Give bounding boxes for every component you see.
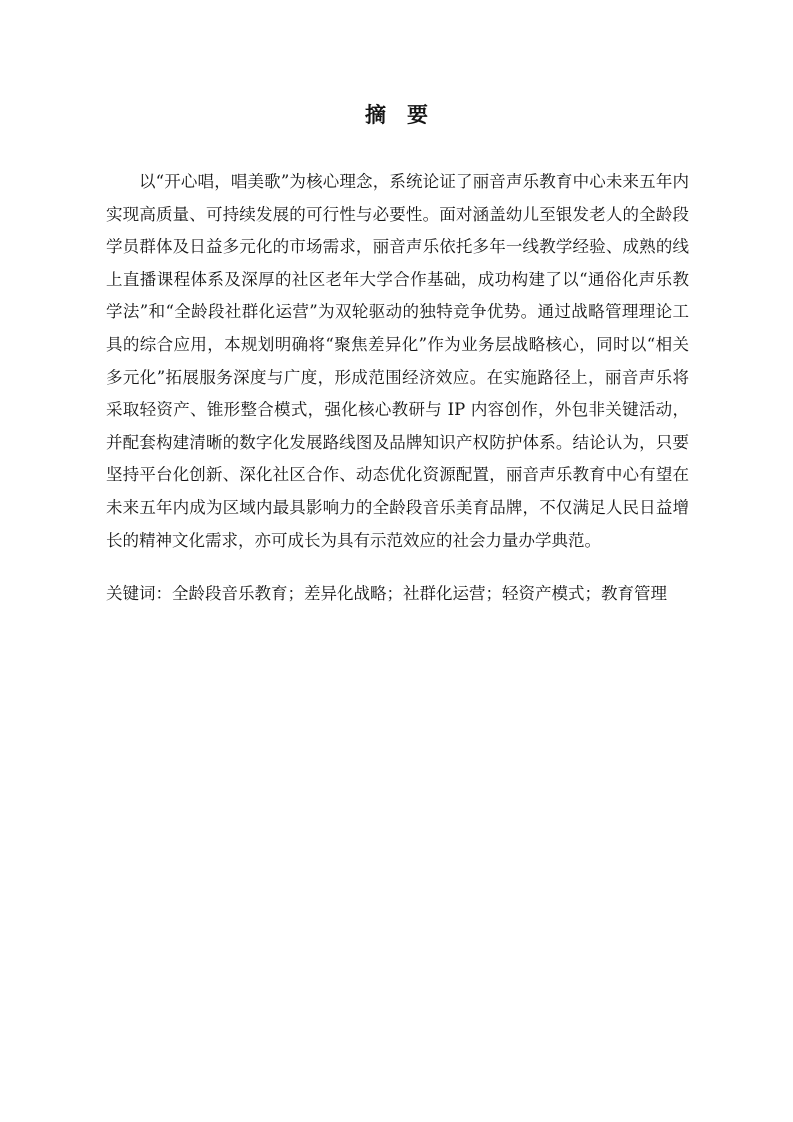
document-page: 摘 要 以“开心唱，唱美歌”为核心理念，系统论证了丽音声乐教育中心未来五年内实现… (0, 0, 793, 1122)
abstract-paragraph: 以“开心唱，唱美歌”为核心理念，系统论证了丽音声乐教育中心未来五年内实现高质量、… (106, 166, 689, 557)
keywords-line: 关键词：全龄段音乐教育；差异化战略；社群化运营；轻资产模式；教育管理 (106, 578, 726, 611)
page-title: 摘 要 (0, 102, 793, 127)
